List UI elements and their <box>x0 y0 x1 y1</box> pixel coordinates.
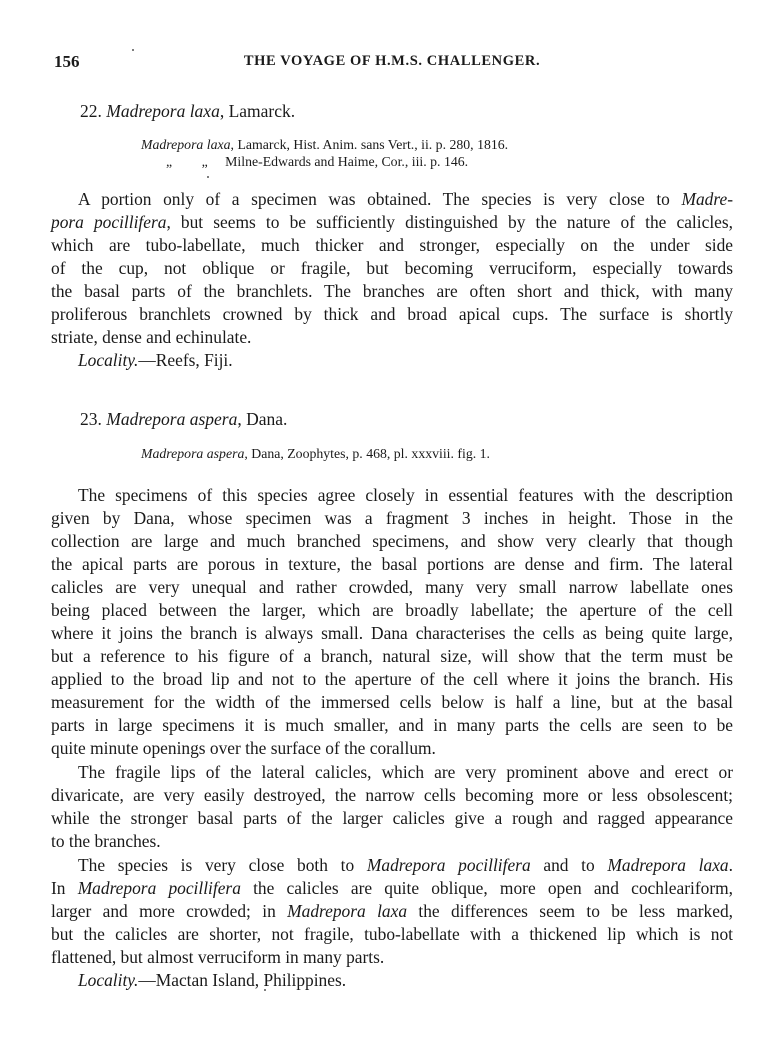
paragraph-line: applied to the broad lip and not to the … <box>51 668 733 690</box>
paragraph-line: the apical parts are porous in texture, … <box>51 553 733 575</box>
locality-line: Locality.—Reefs, Fiji. <box>78 349 233 371</box>
species-authority: , Lamarck. <box>220 101 295 121</box>
paragraph-line: the basal parts of the branchlets. The b… <box>51 280 733 302</box>
paragraph-line: of the cup, not oblique or fragile, but … <box>51 257 733 279</box>
paragraph-line: to the branches. <box>51 830 161 852</box>
paragraph-line: larger and more crowded; in Madrepora la… <box>51 900 733 922</box>
synonymy-entry: Madrepora aspera, Dana, Zoophytes, p. 46… <box>141 445 490 463</box>
synonym-name: Madrepora aspera <box>141 446 244 461</box>
species-heading-23: 23. Madrepora aspera, Dana. <box>80 408 287 430</box>
paragraph-line: The species is very close both to Madrep… <box>78 854 733 876</box>
scan-speck <box>132 49 134 51</box>
paragraph-line: pora pocillifera, but seems to be suffic… <box>51 211 733 233</box>
synonym-reference: , Dana, Zoophytes, p. 468, pl. xxxviii. … <box>244 446 490 461</box>
paragraph-line: measurement for the width of the immerse… <box>51 691 733 713</box>
paragraph-line: which are tubo-labellate, much thicker a… <box>51 234 733 256</box>
paragraph-line: being placed between the larger, which a… <box>51 599 733 621</box>
paragraph-line: The fragile lips of the lateral calicles… <box>78 761 733 783</box>
paragraph-line: striate, dense and echinulate. <box>51 326 251 348</box>
synonym-reference: Milne-Edwards and Haime, Cor., iii. p. 1… <box>225 154 468 169</box>
paragraph-line: flattened, but almost verruciform in man… <box>51 946 384 968</box>
synonym-name: Madrepora laxa <box>141 137 231 152</box>
paragraph-line: A portion only of a specimen was obtaine… <box>78 188 733 210</box>
paragraph-line: collection are large and much branched s… <box>51 530 733 552</box>
locality-line: Locality.—Mactan Island, Philippines. <box>78 969 346 991</box>
species-name: Madrepora laxa <box>106 101 220 121</box>
synonymy-entry: Madrepora laxa, Lamarck, Hist. Anim. san… <box>141 136 508 154</box>
page-header: 156 THE VOYAGE OF H.M.S. CHALLENGER. <box>52 52 732 76</box>
ditto-mark: „ <box>166 154 172 169</box>
paragraph-line: quite minute openings over the surface o… <box>51 737 436 759</box>
scan-speck <box>264 989 266 991</box>
synonym-reference: , Lamarck, Hist. Anim. sans Vert., ii. p… <box>231 137 509 152</box>
locality-label: Locality. <box>78 350 138 370</box>
scan-speck <box>207 176 209 178</box>
paragraph-line: In Madrepora pocillifera the calicles ar… <box>51 877 733 899</box>
paragraph-line: calicles are very unequal and rather cro… <box>51 576 733 598</box>
species-number: 22. <box>80 101 102 121</box>
paragraph-line: divaricate, are very easily destroyed, t… <box>51 784 733 806</box>
running-title: THE VOYAGE OF H.M.S. CHALLENGER. <box>52 53 732 70</box>
species-number: 23. <box>80 409 102 429</box>
paragraph-line: but the calicles are shorter, not fragil… <box>51 923 733 945</box>
document-page: 156 THE VOYAGE OF H.M.S. CHALLENGER. 22.… <box>0 0 776 1050</box>
species-authority: , Dana. <box>237 409 287 429</box>
species-heading-22: 22. Madrepora laxa, Lamarck. <box>80 100 295 122</box>
paragraph-line: proliferous branchlets crowned by thick … <box>51 303 733 325</box>
paragraph-line: given by Dana, whose specimen was a frag… <box>51 507 733 529</box>
paragraph-line: while the stronger basal parts of the la… <box>51 807 733 829</box>
locality-value: —Mactan Island, Philippines. <box>138 970 346 990</box>
locality-label: Locality. <box>78 970 138 990</box>
paragraph-line: where it joins the branch is always smal… <box>51 622 733 644</box>
ditto-mark: „ <box>202 154 208 169</box>
paragraph-line: The specimens of this species agree clos… <box>78 484 733 506</box>
paragraph-line: parts in large specimens it is much smal… <box>51 714 733 736</box>
species-name: Madrepora aspera <box>106 409 237 429</box>
paragraph-line: but a reference to his figure of a branc… <box>51 645 733 667</box>
locality-value: —Reefs, Fiji. <box>138 350 232 370</box>
synonymy-entry: „ „ Milne-Edwards and Haime, Cor., iii. … <box>166 153 468 171</box>
